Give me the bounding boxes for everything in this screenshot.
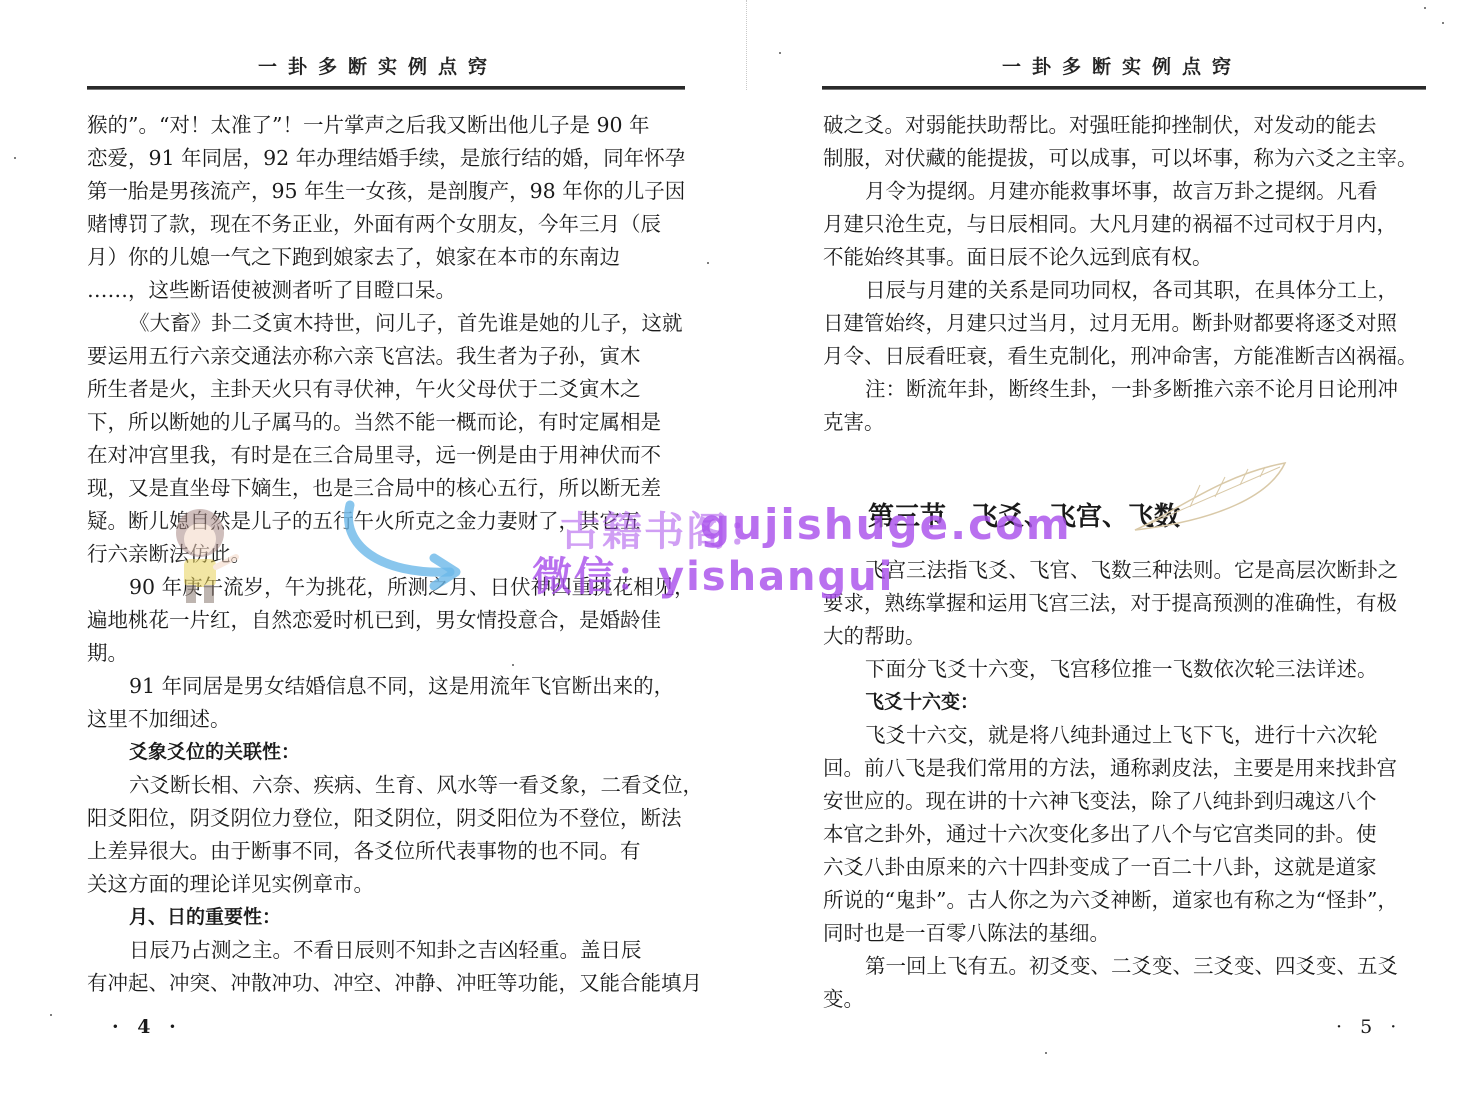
text-line: 要求，熟练掌握和运用飞宫三法，对于提高预测的准确性，有极 bbox=[823, 587, 1427, 620]
text-line: 在对冲宫里我，有时是在三合局里寻，远一例是由于用神伏而不 bbox=[87, 439, 691, 472]
text-line: 月令为提纲。月建亦能救事坏事，故言万卦之提纲。凡看 bbox=[823, 175, 1427, 208]
right-page-paragraphs-after: 飞宫三法指飞爻、飞官、飞数三种法则。它是高层次断卦之要求，熟练掌握和运用飞宫三法… bbox=[823, 554, 1427, 1016]
leaf-icon bbox=[1130, 455, 1290, 535]
text-line: 六爻八卦由原来的六十四卦变成了一百二十八卦，这就是道家 bbox=[823, 851, 1427, 884]
text-line: 飞宫三法指飞爻、飞官、飞数三种法则。它是高层次断卦之 bbox=[823, 554, 1427, 587]
subheading: 飞爻十六变： bbox=[823, 686, 1427, 719]
text-line: 本官之卦外，通过十六次变化多出了八个与它宫类同的卦。使 bbox=[823, 818, 1427, 851]
watermark-wechat: 微信：yishangui bbox=[532, 545, 894, 602]
running-head-left: 一卦多断实例点窍 bbox=[258, 52, 498, 79]
text-line: 破之爻。对弱能扶助帮比。对强旺能抑挫制伏，对发动的能去 bbox=[823, 109, 1427, 142]
scan-speck bbox=[14, 157, 16, 159]
subheading: 爻象爻位的关联性： bbox=[87, 736, 691, 769]
text-line: 赌博罚了款，现在不务正业，外面有两个女朋友，今年三月（辰 bbox=[87, 208, 691, 241]
page-number-left: · 4 · bbox=[112, 1016, 182, 1038]
scan-speck bbox=[779, 52, 781, 54]
text-line: 不能始终其事。面日辰不论久远到底有权。 bbox=[823, 241, 1427, 274]
text-line: 大的帮助。 bbox=[823, 620, 1427, 653]
page-number-right: · 5 · bbox=[1336, 1016, 1402, 1038]
arrow-icon bbox=[330, 500, 470, 590]
text-line: 月令、日辰看旺衰，看生克制化，刑冲命害，方能准断吉凶祸福。 bbox=[823, 340, 1427, 373]
right-page-body: 破之爻。对弱能扶助帮比。对强旺能抑挫制伏，对发动的能去制服，对伏藏的能提拔，可以… bbox=[823, 109, 1427, 1016]
scan-speck bbox=[512, 664, 514, 666]
text-line: 上差异很大。由于断事不同，各爻位所代表事物的也不同。有 bbox=[87, 835, 691, 868]
text-line: 关这方面的理论详见实例章市。 bbox=[87, 868, 691, 901]
text-line: 回。前八飞是我们常用的方法，通称剥皮法，主要是用来找卦宫 bbox=[823, 752, 1427, 785]
scan-speck bbox=[1442, 22, 1444, 24]
text-line: 要运用五行六亲交通法亦称六亲飞宫法。我生者为子孙，寅木 bbox=[87, 340, 691, 373]
text-line: 飞爻十六交，就是将八纯卦通过上飞下飞，进行十六次轮 bbox=[823, 719, 1427, 752]
text-line: 《大畜》卦二爻寅木持世，问儿子，首先谁是她的儿子，这就 bbox=[87, 307, 691, 340]
header-rule-left bbox=[87, 86, 685, 90]
header-rule-right bbox=[822, 86, 1426, 90]
subheading: 月、日的重要性： bbox=[87, 901, 691, 934]
text-line: 注：断流年卦，断终生卦，一卦多断推六亲不论月日论刑冲 bbox=[823, 373, 1427, 406]
text-line: 克害。 bbox=[823, 406, 1427, 439]
scan-speck bbox=[707, 262, 709, 264]
text-line: 91 年同居是男女结婚信息不同，这是用流年飞官断出来的， bbox=[87, 670, 691, 703]
text-line: 日辰乃占测之主。不看日辰则不知卦之吉凶轻重。盖日辰 bbox=[87, 934, 691, 967]
text-line: 所生者是火，主卦天火只有寻伏神，午火父母伏于二爻寅木之 bbox=[87, 373, 691, 406]
text-line: 遍地桃花一片红，自然恋爱时机已到，男女情投意合，是婚龄佳 bbox=[87, 604, 691, 637]
scan-speck bbox=[50, 1014, 52, 1016]
text-line: 同时也是一百零八陈法的基细。 bbox=[823, 917, 1427, 950]
text-line: 阳爻阳位，阴爻阴位力登位，阳爻阴位，阴爻阳位为不登位，断法 bbox=[87, 802, 691, 835]
text-line: 有冲起、冲突、冲散冲功、冲空、冲静、冲旺等功能，又能合能填月 bbox=[87, 967, 691, 1000]
text-line: 猴的”。“对！太准了”！一片掌声之后我又断出他儿子是 90 年 bbox=[87, 109, 691, 142]
scan-speck bbox=[1045, 1052, 1047, 1054]
watermark-url: gujishuge.com bbox=[700, 500, 1072, 549]
text-line: 月建只沧生克，与日辰相同。大凡月建的祸福不过司权于月内， bbox=[823, 208, 1427, 241]
text-line: ……，这些断语使被测者听了目瞪口呆。 bbox=[87, 274, 691, 307]
text-line: 所说的“鬼卦”。古人你之为六爻神断，道家也有称之为“怪卦”， bbox=[823, 884, 1427, 917]
text-line: 第一回上飞有五。初爻变、二爻变、三爻变、四爻变、五爻 bbox=[823, 950, 1427, 983]
text-line: 安世应的。现在讲的十六神飞变法，除了八纯卦到归魂这八个 bbox=[823, 785, 1427, 818]
text-line: 制服，对伏藏的能提拔，可以成事，可以坏事，称为六爻之主宰。 bbox=[823, 142, 1427, 175]
text-line: 日建管始终，月建只过当月，过月无用。断卦财都要将逐爻对照 bbox=[823, 307, 1427, 340]
running-head-right: 一卦多断实例点窍 bbox=[1002, 52, 1242, 79]
text-line: 六爻断长相、六奈、疾病、生育、风水等一看爻象，二看爻位， bbox=[87, 769, 691, 802]
text-line: 下面分飞爻十六变，飞宫移位推一飞数依次轮三法详述。 bbox=[823, 653, 1427, 686]
text-line: 第一胎是男孩流产，95 年生一女孩，是剖腹产，98 年你的儿子因 bbox=[87, 175, 691, 208]
text-line: 期。 bbox=[87, 637, 691, 670]
right-page-paragraphs-before: 破之爻。对弱能扶助帮比。对强旺能抑挫制伏，对发动的能去制服，对伏藏的能提拔，可以… bbox=[823, 109, 1427, 439]
mascot-icon bbox=[160, 505, 240, 605]
text-line: 日辰与月建的关系是同功同权，各司其职，在具体分工上， bbox=[823, 274, 1427, 307]
text-line: 下，所以断她的儿子属马的。当然不能一概而论，有时定属相是 bbox=[87, 406, 691, 439]
scan-speck bbox=[1424, 7, 1426, 9]
text-line: 月）你的儿媳一气之下跑到娘家去了，娘家在本市的东南边 bbox=[87, 241, 691, 274]
text-line: 变。 bbox=[823, 983, 1427, 1016]
spacer bbox=[823, 439, 1427, 472]
text-line: 恋爱，91 年同居，92 年办理结婚手续，是旅行结的婚，同年怀孕 bbox=[87, 142, 691, 175]
text-line: 这里不加细述。 bbox=[87, 703, 691, 736]
